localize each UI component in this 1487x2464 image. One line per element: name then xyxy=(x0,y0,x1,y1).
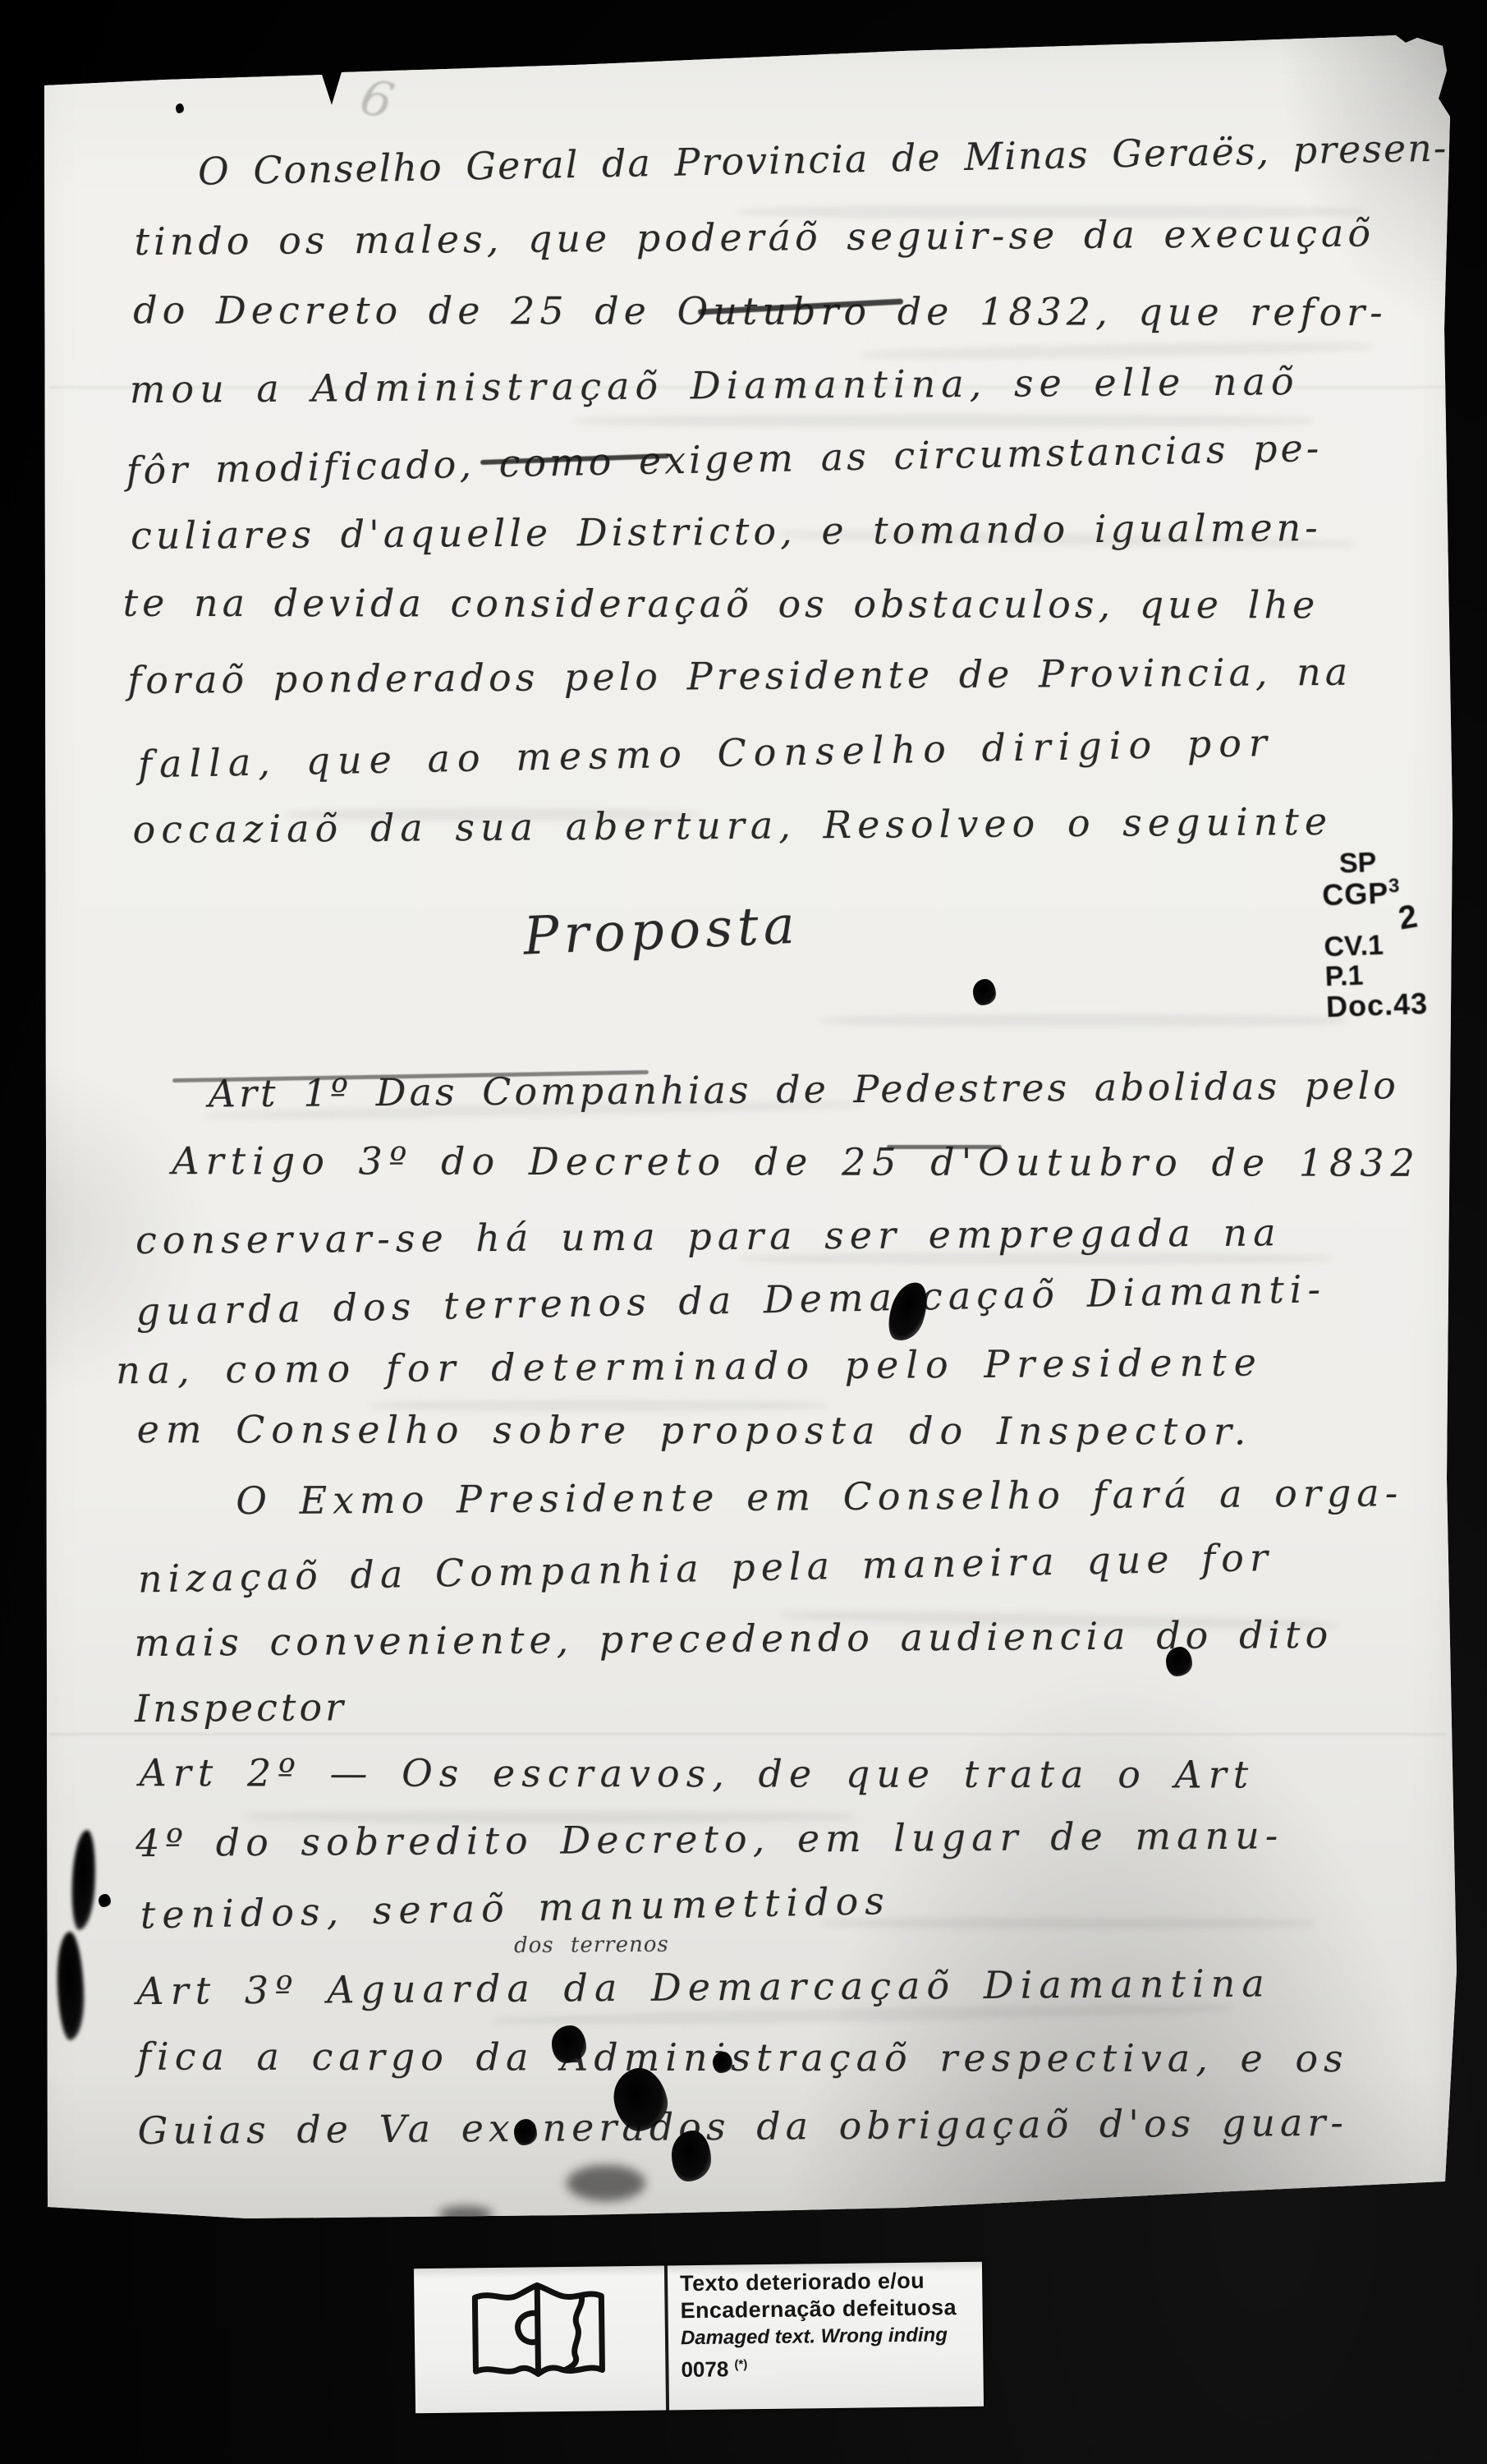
manuscript-line: Art 2º — Os escravos, de que trata o Art xyxy=(140,1750,1255,1796)
scan-background: { "scan": { "background_color": "#050505… xyxy=(0,0,1487,2464)
manuscript-line: te na devida consideraçaõ os obstaculos,… xyxy=(123,581,1319,627)
manuscript-line: Artigo 3º do Decreto de 25 d'Outubro de … xyxy=(172,1138,1421,1185)
ink-blot xyxy=(552,2025,586,2063)
manuscript-line: tindo os males, que poderáõ seguir-se da… xyxy=(134,211,1375,264)
label-text-block: Texto deteriorado e/ou Encadernação defe… xyxy=(680,2267,957,2384)
interlinear-note: dos terrenos xyxy=(514,1933,669,1958)
manuscript-line: occaziaõ da sua abertura, Resolveo o seg… xyxy=(132,799,1333,852)
manuscript-line: foraõ ponderados pelo Presidente de Prov… xyxy=(127,650,1352,702)
ink-blot xyxy=(514,2119,537,2145)
ink-blot xyxy=(672,2131,711,2181)
damage-label: Texto deteriorado e/ou Encadernação defe… xyxy=(414,2262,984,2413)
ink-smudge xyxy=(567,2165,645,2201)
manuscript-text-block: O Conselho Geral da Provincia de Minas G… xyxy=(0,0,1487,2464)
ink-blot xyxy=(973,979,996,1005)
label-frame-number: 0078 (*) xyxy=(681,2348,957,2384)
ink-blot xyxy=(99,1894,111,1907)
ink-strike xyxy=(887,1145,1002,1149)
manuscript-line: em Conselho sobre proposta do Inspector. xyxy=(137,1407,1253,1453)
ink-blot xyxy=(176,103,184,113)
manuscript-page: 6 O Conselho Geral da Provincia de Minas… xyxy=(0,0,1487,2464)
manuscript-line: falla, que ao mesmo Conselho dirigio por xyxy=(138,720,1275,787)
label-divider xyxy=(664,2265,669,2410)
ink-blot xyxy=(713,2052,732,2073)
manuscript-line: mou a Administraçaõ Diamantina, se elle … xyxy=(130,359,1300,411)
damaged-book-icon xyxy=(466,2278,609,2381)
manuscript-line: Art 3º Aguarda da Demarcaçaõ Diamantina xyxy=(136,1961,1271,2014)
label-text-pt-2: Encadernação defeituosa xyxy=(680,2294,957,2324)
manuscript-line: fica a cargo da Administraçaõ respectiva… xyxy=(137,2034,1349,2081)
ink-blot xyxy=(1166,1647,1192,1676)
label-text-pt-1: Texto deteriorado e/ou xyxy=(680,2267,957,2297)
manuscript-line: Art 1º Das Companhias de Pedestres aboli… xyxy=(209,1063,1399,1115)
manuscript-line: 4º do sobredito Decreto, em lugar de man… xyxy=(135,1813,1283,1865)
manuscript-line: conservar-se há uma para ser empregada n… xyxy=(135,1210,1282,1262)
manuscript-line: Inspector xyxy=(135,1685,347,1731)
proposta-heading: Proposta xyxy=(522,895,801,968)
manuscript-line: guarda dos terrenos da Demarcaçaõ Diaman… xyxy=(135,1266,1326,1334)
manuscript-line: culiares d'aquelle Districto, e tomando … xyxy=(131,505,1322,558)
manuscript-line: tenidos, seraõ manumettidos xyxy=(140,1878,891,1938)
manuscript-line: Guias de Va exonerados da obrigaçaõ d'os… xyxy=(137,2100,1348,2153)
manuscript-line: nizaçaõ da Companhia pela maneira que fo… xyxy=(137,1535,1274,1602)
manuscript-line: na, como for determinado pelo Presidente xyxy=(116,1340,1264,1393)
label-text-en: Damaged text. Wrong inding xyxy=(681,2321,957,2351)
manuscript-line: O Exmo Presidente em Conselho fará a org… xyxy=(236,1470,1403,1523)
manuscript-line: fôr modificado, como exigem as circumsta… xyxy=(126,425,1323,493)
manuscript-line: O Conselho Geral da Provincia de Minas G… xyxy=(198,126,1448,194)
manuscript-line: mais conveniente, precedendo audiencia d… xyxy=(134,1612,1333,1665)
